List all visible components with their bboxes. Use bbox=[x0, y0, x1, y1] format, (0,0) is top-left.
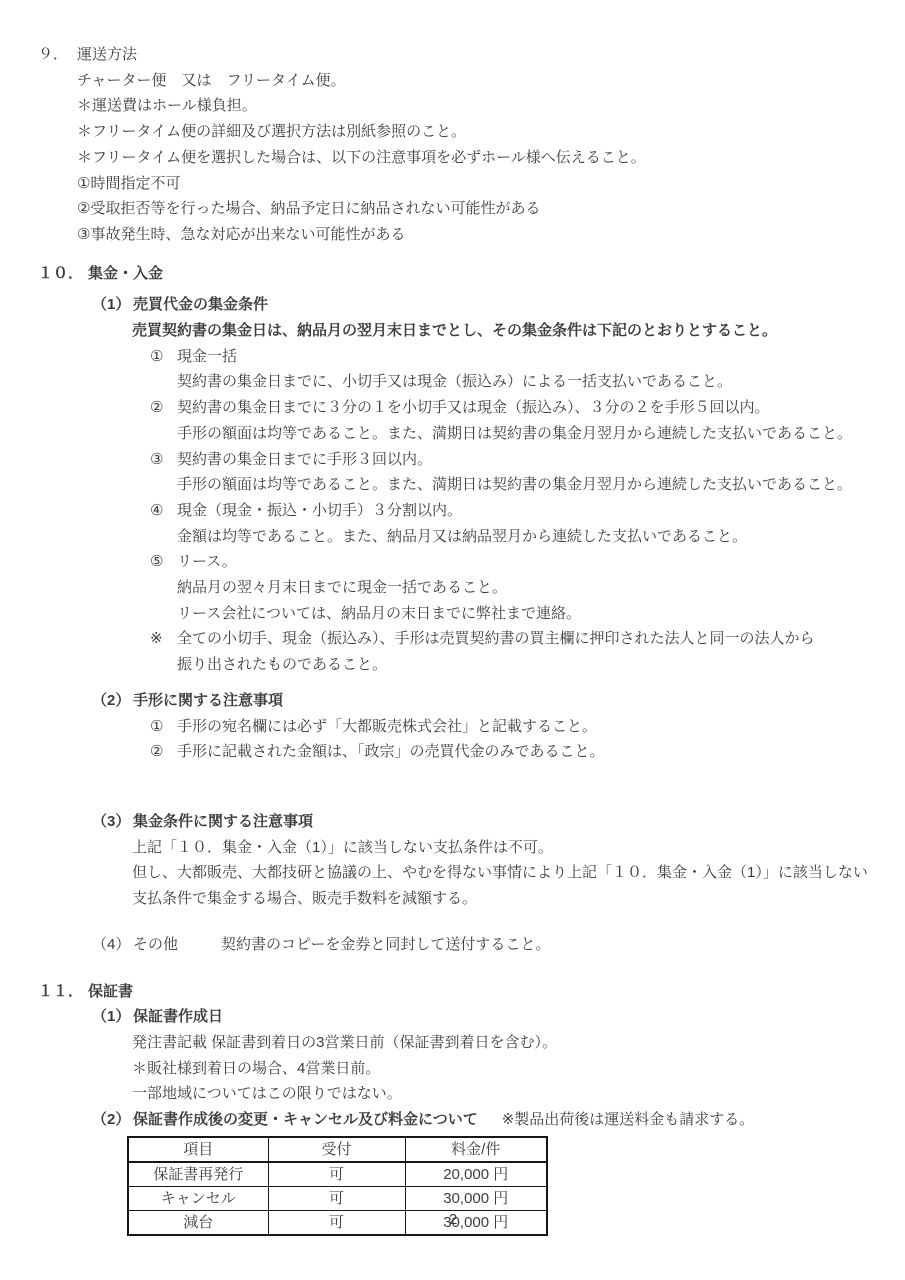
subsection-title: 手形に関する注意事項 bbox=[133, 692, 283, 709]
subsection-10-2-heading: （2）手形に関する注意事項 bbox=[0, 688, 905, 714]
table-cell: 減台 bbox=[128, 1210, 268, 1235]
item-text: 手形に記載された金額は、「政宗」の売買代金のみであること。 bbox=[177, 743, 605, 760]
section-10-heading: １０．集金・入金 bbox=[0, 261, 905, 287]
list-item: ②手形に記載された金額は、「政宗」の売買代金のみであること。 bbox=[0, 739, 905, 765]
table-cell: 保証書再発行 bbox=[128, 1162, 268, 1187]
body-line: ②受取拒否等を行った場合、納品予定日に納品されない可能性がある bbox=[0, 196, 905, 222]
body-line: ＊フリータイム便の詳細及び選択方法は別紙参照のこと。 bbox=[0, 119, 905, 145]
item-marker: ⑤ bbox=[150, 549, 177, 575]
subsection-10-1-heading: （1）売買代金の集金条件 bbox=[0, 292, 905, 318]
item-marker: ② bbox=[150, 739, 177, 765]
item-marker: ① bbox=[150, 344, 177, 370]
list-item: ④現金（現金・振込・小切手）３分割以内。 bbox=[0, 498, 905, 524]
body-line: ＊販社様到着日の場合、4営業日前。 bbox=[0, 1056, 905, 1082]
list-item: ①現金一括 bbox=[0, 344, 905, 370]
table-header-fee: 料金/件 bbox=[405, 1137, 547, 1162]
table-cell: 可 bbox=[268, 1210, 405, 1235]
item-marker: ※ bbox=[150, 626, 177, 652]
table-header-acceptance: 受付 bbox=[268, 1137, 405, 1162]
section-9-heading: ９．運送方法 bbox=[0, 42, 905, 68]
table-cell: キャンセル bbox=[128, 1186, 268, 1210]
page-number: 2 bbox=[449, 1207, 457, 1233]
body-line: チャーター便 又は フリータイム便。 bbox=[0, 68, 905, 94]
subsection-label: （2） bbox=[92, 688, 133, 714]
section-title: 集金・入金 bbox=[88, 265, 163, 282]
item-text: 現金一括 bbox=[177, 348, 237, 365]
subsection-title: その他 bbox=[133, 936, 178, 953]
item-text: 契約書の集金日までに手形３回以内。 bbox=[177, 451, 432, 468]
body-line: 上記「１０．集金・入金（1）」に該当しない支払条件は不可。 bbox=[0, 835, 905, 861]
subsection-label: （3） bbox=[92, 809, 133, 835]
section-title: 運送方法 bbox=[77, 46, 137, 63]
section-number: １０． bbox=[38, 261, 88, 287]
table-cell: 20,000 円 bbox=[405, 1162, 547, 1187]
section-title: 保証書 bbox=[88, 983, 133, 1000]
subsection-label: （1） bbox=[92, 292, 133, 318]
item-description: 手形の額面は均等であること。また、満期日は契約書の集金月翌月から連続した支払いで… bbox=[0, 472, 905, 498]
subsection-10-3-heading: （3）集金条件に関する注意事項 bbox=[0, 809, 905, 835]
item-marker: ④ bbox=[150, 498, 177, 524]
table-cell: 30,000 円 bbox=[405, 1210, 547, 1235]
body-line: ＊運送費はホール様負担。 bbox=[0, 93, 905, 119]
body-line: 発注書記載 保証書到着日の3営業日前（保証書到着日を含む）。 bbox=[0, 1030, 905, 1056]
item-marker: ③ bbox=[150, 447, 177, 473]
subsection-text: 契約書のコピーを金券と同封して送付すること。 bbox=[221, 936, 550, 953]
body-line: ③事故発生時、急な対応が出来ない可能性がある bbox=[0, 222, 905, 248]
document-page: ９．運送方法 チャーター便 又は フリータイム便。 ＊運送費はホール様負担。 ＊… bbox=[0, 0, 905, 1280]
item-text: 全ての小切手、現金（振込み）、手形は売買契約書の買主欄に押印された法人と同一の法… bbox=[177, 630, 815, 647]
note-item: ※全ての小切手、現金（振込み）、手形は売買契約書の買主欄に押印された法人と同一の… bbox=[0, 626, 905, 652]
subsection-10-4-heading: （4）その他契約書のコピーを金券と同封して送付すること。 bbox=[0, 932, 905, 958]
list-item: ⑤リース。 bbox=[0, 549, 905, 575]
lead-line: 売買契約書の集金日は、納品月の翌月末日までとし、その集金条件は下記のとおりとする… bbox=[0, 318, 905, 344]
item-marker: ② bbox=[150, 395, 177, 421]
body-line: ①時間指定不可 bbox=[0, 171, 905, 197]
item-text: 現金（現金・振込・小切手）３分割以内。 bbox=[177, 502, 462, 519]
item-description: 手形の額面は均等であること。また、満期日は契約書の集金月翌月から連続した支払いで… bbox=[0, 421, 905, 447]
table-cell: 可 bbox=[268, 1162, 405, 1187]
table-cell: 30,000 円 bbox=[405, 1186, 547, 1210]
table-row: キャンセル 可 30,000 円 bbox=[128, 1186, 547, 1210]
item-description: 契約書の集金日までに、小切手又は現金（振込み）による一括支払いであること。 bbox=[0, 369, 905, 395]
list-item: ①手形の宛名欄には必ず「大都販売株式会社」と記載すること。 bbox=[0, 714, 905, 740]
subsection-title: 集金条件に関する注意事項 bbox=[133, 813, 313, 830]
subsection-label: （1） bbox=[92, 1004, 133, 1030]
item-description: 金額は均等であること。また、納品月又は納品翌月から連続した支払いであること。 bbox=[0, 524, 905, 550]
list-item: ②契約書の集金日までに３分の１を小切手又は現金（振込み）、３分の２を手形５回以内… bbox=[0, 395, 905, 421]
subsection-label: （4） bbox=[92, 932, 133, 958]
table-header-row: 項目 受付 料金/件 bbox=[128, 1137, 547, 1162]
table-row: 保証書再発行 可 20,000 円 bbox=[128, 1162, 547, 1187]
item-marker: ① bbox=[150, 714, 177, 740]
item-text: 契約書の集金日までに３分の１を小切手又は現金（振込み）、３分の２を手形５回以内。 bbox=[177, 399, 770, 416]
body-line: ＊フリータイム便を選択した場合は、以下の注意事項を必ずホール様へ伝えること。 bbox=[0, 145, 905, 171]
subsection-title: 保証書作成後の変更・キャンセル及び料金について bbox=[133, 1111, 478, 1128]
item-description: 納品月の翌々月末日までに現金一括であること。 bbox=[0, 575, 905, 601]
section-number: ９． bbox=[38, 42, 77, 68]
subsection-title: 売買代金の集金条件 bbox=[133, 296, 268, 313]
item-description: リース会社については、納品月の末日までに弊社まで連絡。 bbox=[0, 601, 905, 627]
subsection-title: 保証書作成日 bbox=[133, 1008, 223, 1025]
body-line: 但し、大都販売、大都技研と協議の上、やむを得ない事情により上記「１０．集金・入金… bbox=[0, 860, 905, 886]
table-row: 減台 可 30,000 円 bbox=[128, 1210, 547, 1235]
fee-table: 項目 受付 料金/件 保証書再発行 可 20,000 円 キャンセル 可 30,… bbox=[127, 1136, 548, 1236]
table-cell: 可 bbox=[268, 1186, 405, 1210]
subsection-11-1-heading: （1）保証書作成日 bbox=[0, 1004, 905, 1030]
body-line: 支払条件で集金する場合、販売手数料を減額する。 bbox=[0, 886, 905, 912]
table-header-item: 項目 bbox=[128, 1137, 268, 1162]
item-text: 手形の宛名欄には必ず「大都販売株式会社」と記載すること。 bbox=[177, 718, 597, 735]
shipping-fee-note: ※製品出荷後は運送料金も請求する。 bbox=[502, 1111, 755, 1128]
body-line: 一部地域についてはこの限りではない。 bbox=[0, 1081, 905, 1107]
section-11-heading: １１．保証書 bbox=[0, 979, 905, 1005]
list-item: ③契約書の集金日までに手形３回以内。 bbox=[0, 447, 905, 473]
section-number: １１． bbox=[38, 979, 88, 1005]
subsection-label: （2） bbox=[92, 1107, 133, 1133]
item-text: リース。 bbox=[177, 553, 237, 570]
subsection-11-2-heading: （2）保証書作成後の変更・キャンセル及び料金について※製品出荷後は運送料金も請求… bbox=[0, 1107, 905, 1133]
item-description: 振り出されたものであること。 bbox=[0, 652, 905, 678]
